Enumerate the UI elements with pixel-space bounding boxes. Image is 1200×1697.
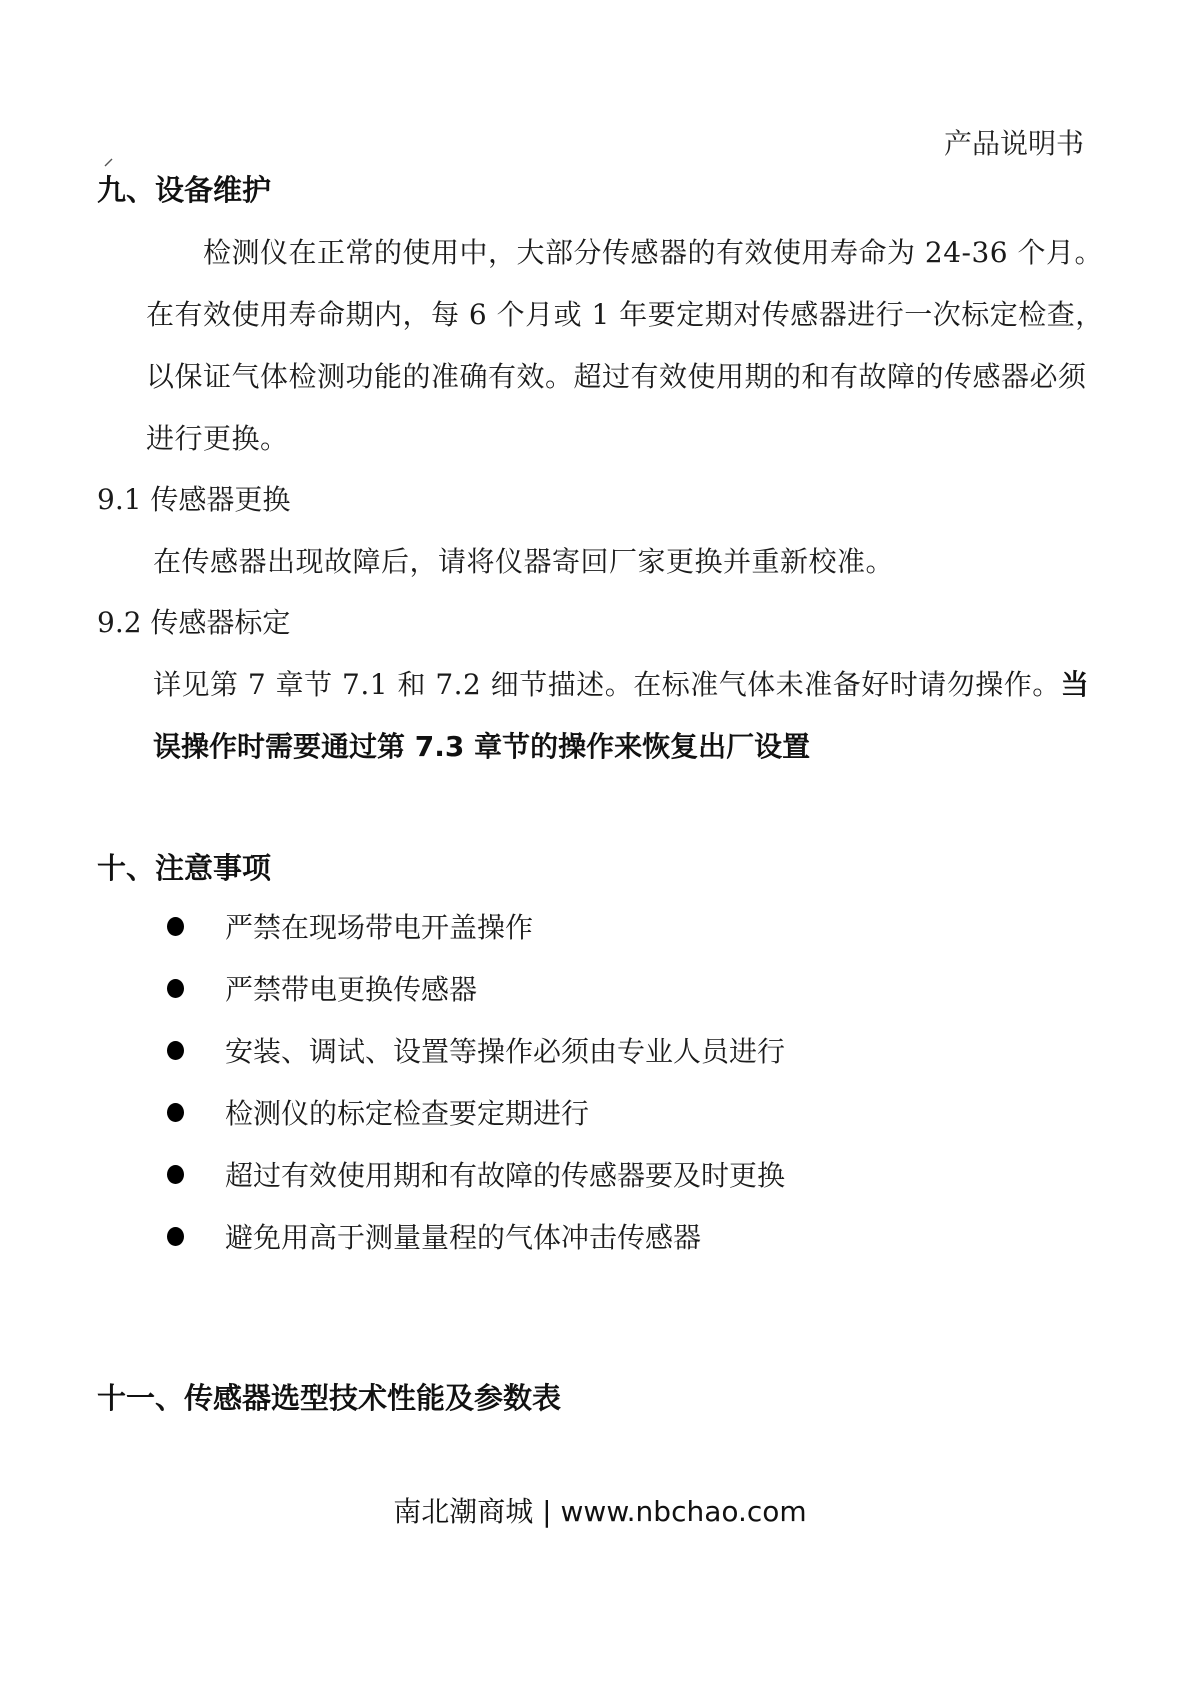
section-9-paragraph-line-1: 检测仪在正常的使用中，大部分传感器的有效使用寿命为 24-36 个月。 bbox=[203, 231, 1103, 271]
notice-list-item: 严禁在现场带电开盖操作 bbox=[167, 906, 533, 946]
subsection-9-2-text-bold-tail: 当 bbox=[1061, 668, 1089, 701]
subsection-9-2-text-line-1: 详见第 7 章节 7.1 和 7.2 细节描述。在标准气体未准备好时请勿操作。当 bbox=[153, 663, 1089, 703]
subsection-9-1-text: 在传感器出现故障后，请将仪器寄回厂家更换并重新校准。 bbox=[153, 540, 894, 580]
notice-text: 避免用高于测量量程的气体冲击传感器 bbox=[225, 1216, 701, 1256]
bullet-icon bbox=[167, 979, 184, 998]
footer-watermark: 南北潮商城 | www.nbchao.com bbox=[0, 1490, 1200, 1530]
bullet-icon bbox=[167, 1103, 184, 1122]
notice-text: 超过有效使用期和有故障的传感器要及时更换 bbox=[225, 1154, 785, 1194]
subsection-9-2-text-bold-line-2: 误操作时需要通过第 7.3 章节的操作来恢复出厂设置 bbox=[153, 725, 810, 765]
section-11-heading: 十一、传感器选型技术性能及参数表 bbox=[97, 1376, 561, 1417]
bullet-icon bbox=[167, 917, 184, 936]
bullet-icon bbox=[167, 1165, 184, 1184]
notice-text: 检测仪的标定检查要定期进行 bbox=[225, 1092, 589, 1132]
document-header-title: 产品说明书 bbox=[944, 122, 1084, 162]
notice-list-item: 严禁带电更换传感器 bbox=[167, 968, 477, 1008]
section-9-heading: 九、设备维护 bbox=[97, 168, 271, 209]
bullet-icon bbox=[167, 1041, 184, 1060]
subsection-9-1-heading: 9.1 传感器更换 bbox=[97, 478, 290, 518]
notice-text: 安装、调试、设置等操作必须由专业人员进行 bbox=[225, 1030, 785, 1070]
notice-list-item: 安装、调试、设置等操作必须由专业人员进行 bbox=[167, 1030, 785, 1070]
notice-list-item: 检测仪的标定检查要定期进行 bbox=[167, 1092, 589, 1132]
subsection-9-2-text-normal: 详见第 7 章节 7.1 和 7.2 细节描述。在标准气体未准备好时请勿操作。 bbox=[153, 668, 1061, 701]
notice-list-item: 超过有效使用期和有故障的传感器要及时更换 bbox=[167, 1154, 785, 1194]
bullet-icon bbox=[167, 1227, 184, 1246]
section-9-paragraph-line-3: 以保证气体检测功能的准确有效。超过有效使用期的和有故障的传感器必须 bbox=[146, 355, 1087, 395]
section-10-heading: 十、注意事项 bbox=[97, 846, 271, 887]
notice-list-item: 避免用高于测量量程的气体冲击传感器 bbox=[167, 1216, 701, 1256]
pencil-icon bbox=[104, 157, 114, 167]
notice-text: 严禁带电更换传感器 bbox=[225, 968, 477, 1008]
notice-text: 严禁在现场带电开盖操作 bbox=[225, 906, 533, 946]
section-9-paragraph-line-2: 在有效使用寿命期内，每 6 个月或 1 年要定期对传感器进行一次标定检查， bbox=[146, 293, 1104, 333]
section-9-paragraph-line-4: 进行更换。 bbox=[146, 417, 289, 457]
subsection-9-2-heading: 9.2 传感器标定 bbox=[97, 601, 290, 641]
